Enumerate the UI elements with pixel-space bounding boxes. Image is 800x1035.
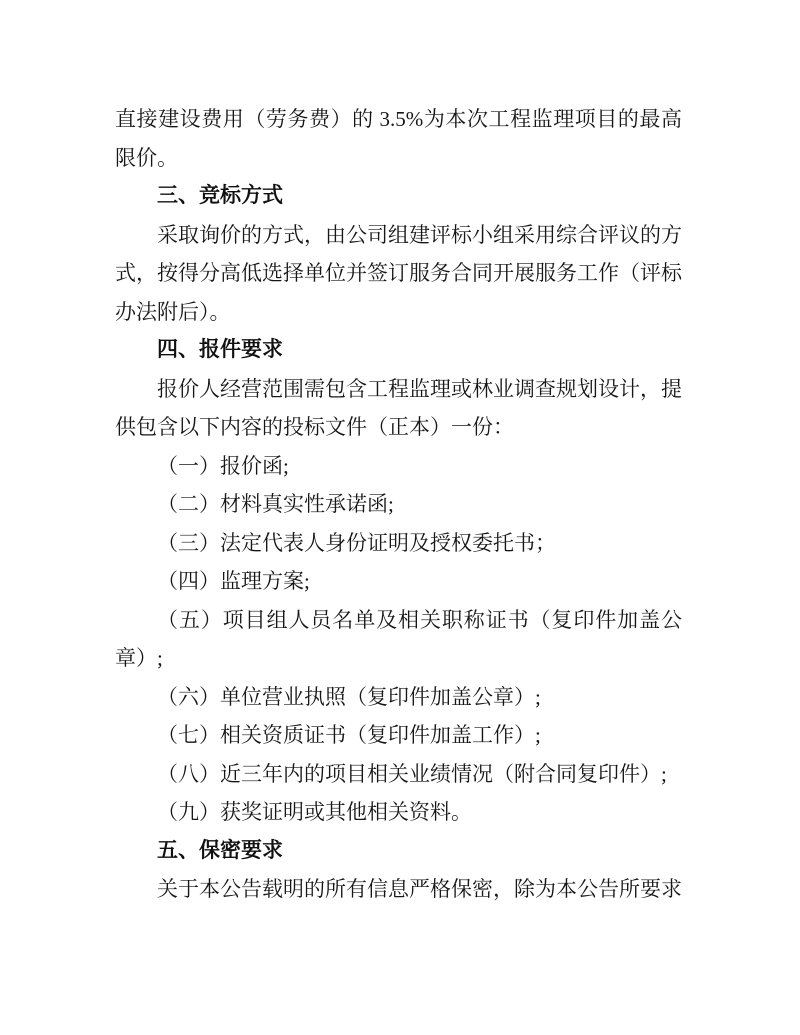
list-item-2-authenticity-commitment: （二）材料真实性承诺函; [115, 485, 682, 524]
paragraph-submission-intro: 报价人经营范围需包含工程监理或林业调查规划设计，提供包含以下内容的投标文件（正本… [115, 370, 682, 447]
paragraph-max-price-continuation: 直接建设费用（劳务费）的 3.5%为本次工程监理项目的最高限价。 [115, 100, 682, 177]
list-item-9-awards: （九）获奖证明或其他相关资料。 [115, 793, 682, 832]
list-item-8-past-performance: （八）近三年内的项目相关业绩情况（附合同复印件）; [115, 755, 682, 794]
paragraph-confidentiality: 关于本公告载明的所有信息严格保密，除为本公告所要求 [115, 870, 682, 909]
document-page: 直接建设费用（劳务费）的 3.5%为本次工程监理项目的最高限价。 三、竞标方式 … [0, 0, 800, 1035]
document-body: 直接建设费用（劳务费）的 3.5%为本次工程监理项目的最高限价。 三、竞标方式 … [115, 100, 682, 909]
list-item-3-legal-representative-proof: （三）法定代表人身份证明及授权委托书； [115, 524, 682, 563]
list-item-7-qualification-certificates: （七）相关资质证书（复印件加盖工作）; [115, 716, 682, 755]
heading-section-5-confidentiality: 五、保密要求 [115, 832, 682, 871]
list-item-4-supervision-plan: （四）监理方案; [115, 562, 682, 601]
heading-section-4-submission-requirements: 四、报件要求 [115, 331, 682, 370]
list-item-1-quotation-letter: （一）报价函; [115, 447, 682, 486]
list-item-6-business-license: （六）单位营业执照（复印件加盖公章）; [115, 678, 682, 717]
paragraph-bidding-method: 采取询价的方式，由公司组建评标小组采用综合评议的方式，按得分高低选择单位并签订服… [115, 216, 682, 332]
heading-section-3-bidding-method: 三、竞标方式 [115, 177, 682, 216]
list-item-5-project-team-roster: （五）项目组人员名单及相关职称证书（复印件加盖公章）; [115, 601, 682, 678]
